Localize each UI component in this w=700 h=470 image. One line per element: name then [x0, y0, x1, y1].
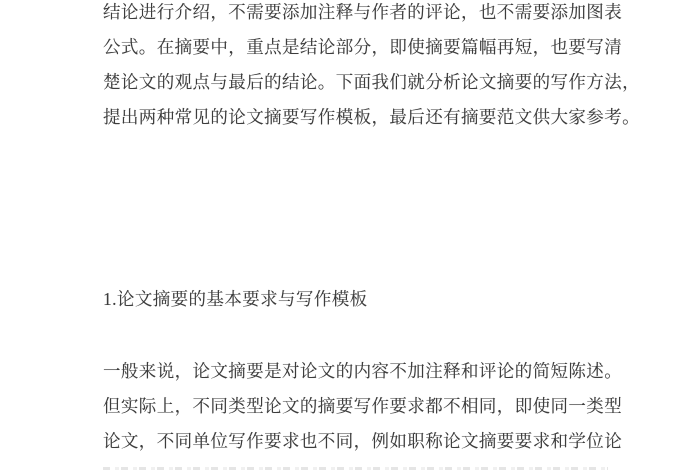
- document-page: 结论进行介绍，不需要添加注释与作者的评论，也不需要添加图表 公式。在摘要中，重点…: [0, 0, 700, 470]
- text-line: 楚论文的观点与最后的结论。下面我们就分析论文摘要的写作方法，: [103, 65, 640, 100]
- text-line: 公式。在摘要中，重点是结论部分，即使摘要篇幅再短，也要写清: [103, 30, 640, 65]
- paragraph-intro: 结论进行介绍，不需要添加注释与作者的评论，也不需要添加图表 公式。在摘要中，重点…: [103, 0, 640, 135]
- paragraph-body: 一般来说，论文摘要是对论文的内容不加注释和评论的简短陈述。 但实际上，不同类型论…: [103, 354, 622, 459]
- text-line: 结论进行介绍，不需要添加注释与作者的评论，也不需要添加图表: [103, 0, 640, 30]
- text-line: 但实际上，不同类型论文的摘要写作要求都不相同，即使同一类型: [103, 389, 622, 424]
- text-line: 一般来说，论文摘要是对论文的内容不加注释和评论的简短陈述。: [103, 354, 622, 389]
- text-line: 论文，不同单位写作要求也不同，例如职称论文摘要要求和学位论: [103, 424, 622, 459]
- section-heading: 1.论文摘要的基本要求与写作模板: [103, 282, 368, 317]
- text-line: 提出两种常见的论文摘要写作模板，最后还有摘要范文供大家参考。: [103, 100, 640, 135]
